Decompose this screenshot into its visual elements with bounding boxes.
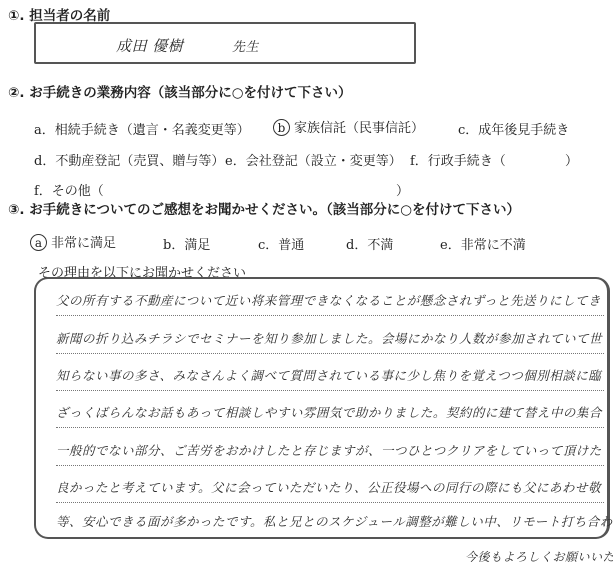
staff-honorific: 先生 — [232, 36, 259, 55]
rating-option-e[interactable]: e．非常に不満 — [440, 234, 526, 253]
service-option-a[interactable]: a．相続手続き（遺言・名義変更等） — [34, 119, 250, 138]
selected-circle-icon: a — [30, 234, 47, 251]
reason-line: 等、安心できる面が多かったです。私と兄とのスケジュール調整が難しい中、リモート打… — [56, 508, 613, 536]
service-option-other[interactable]: f．その他（ — [34, 180, 104, 199]
section3-heading: ③. お手続きについてのご感想をお聞かせください。（該当部分に○を付けて下さい） — [8, 198, 520, 218]
rating-option-b[interactable]: b．満足 — [163, 234, 210, 253]
rating-option-a[interactable]: a非常に満足 — [30, 232, 116, 251]
section1-heading: ①. 担当者の名前 — [8, 4, 110, 24]
reason-line: ざっくばらんなお話もあって相談しやすい雰囲気で助かりました。契約的に建て替え中の… — [56, 399, 604, 428]
reason-line: 知らない事の多さ、みなさんよく調べて質問されている事に少し焦りを覚えつつ個別相談… — [56, 362, 604, 391]
service-option-c[interactable]: c．成年後見手続き — [458, 119, 569, 138]
reason-line: 新聞の折り込みチラシでセミナーを知り参加しました。会場にかなり人数が参加されてい… — [56, 325, 604, 354]
reason-line: 一般的でない部分、ご苦労をおかけしたと存じますが、一つひとつクリアをしていって頂… — [56, 437, 604, 466]
service-option-b[interactable]: b家族信託（民事信託） — [273, 117, 424, 136]
closing-note: 今後もよろしくお願いいたします。 — [465, 548, 613, 565]
service-option-d[interactable]: d．不動産登記（売買、贈与等） — [34, 150, 224, 169]
service-option-f[interactable]: f．行政手続き（ — [410, 150, 506, 169]
service-option-b-label: 家族信託（民事信託） — [294, 121, 424, 136]
section2-heading: ②. お手続きの業務内容（該当部分に○を付けて下さい） — [8, 81, 352, 101]
service-option-f-close: ） — [565, 150, 578, 169]
staff-name-box: 成田 優樹 先生 — [34, 22, 416, 64]
staff-name: 成田 優樹 — [116, 35, 183, 56]
reason-line: 父の所有する不動産について近い将来管理できなくなることが懸念されずっと先送りにし… — [56, 287, 604, 316]
rating-option-c[interactable]: c．普通 — [258, 234, 304, 253]
reason-box: 父の所有する不動産について近い将来管理できなくなることが懸念されずっと先送りにし… — [34, 277, 610, 539]
rating-option-a-label: 非常に満足 — [51, 236, 116, 251]
service-option-e[interactable]: e．会社登記（設立・変更等） — [225, 150, 402, 169]
rating-option-d[interactable]: d．不満 — [346, 234, 393, 253]
service-option-other-close: ） — [396, 180, 409, 199]
selected-circle-icon: b — [273, 119, 290, 136]
reason-line: 良かったと考えています。父に会っていただいたり、公正役場への同行の際にも父にあわ… — [56, 474, 604, 503]
